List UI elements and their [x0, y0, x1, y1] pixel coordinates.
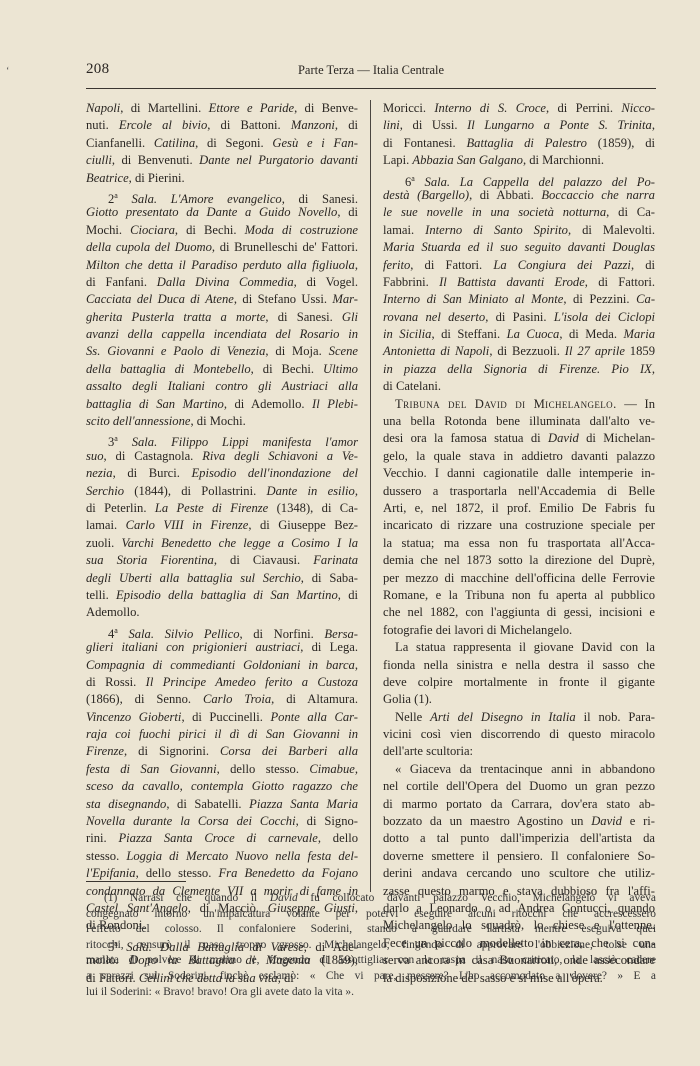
body-text: Cianfanelli. — [86, 136, 154, 150]
text-line: 3a Sala. Filippo Lippi manifesta l'amor — [86, 430, 358, 447]
text-line: in piazza della Signoria di Firenze. Pio… — [383, 361, 655, 378]
text-line: Ss. Giovanni e Paolo di Venezia, di Moja… — [86, 343, 358, 360]
text-line: di Rossi. Il Principe Amedeo ferito a Cu… — [86, 674, 358, 691]
italic-title-text: Vincenzo Gioberti — [86, 710, 181, 724]
body-text: , di Burci. — [113, 466, 192, 480]
text-line: Maria Stuarda ed il suo seguito davanti … — [383, 239, 655, 256]
text-line: Lapi. Abbazia San Galgano, di Marchionni… — [383, 152, 655, 169]
body-text: fotografie dei lavori di Michelangelo. — [383, 623, 572, 637]
body-text: di marmo portato da Carrara, dov'era sta… — [383, 797, 655, 811]
italic-title-text: Il Battista davanti Erode — [439, 275, 585, 289]
text-line: di Fanfani. Dalla Divina Commedia, di Vo… — [86, 274, 358, 291]
italic-title-text: Ca- — [636, 292, 655, 306]
text-line: Fabbrini. Il Battista davanti Erode, di … — [383, 274, 655, 291]
body-text: 1859 — [625, 344, 655, 358]
text-line: sceso da cavallo, contempla Giotto ragaz… — [86, 778, 358, 795]
text-line: Mochi. Ciociara, di Bechi. Moda di costr… — [86, 222, 358, 239]
italic-title-text: Boccaccio che narra — [541, 188, 655, 202]
body-text: doverne smettere il pensiero. Il confalo… — [383, 849, 655, 863]
text-line: Milton che detta il Paradiso perduto all… — [86, 257, 358, 274]
italic-title-text: raja coi fuochi pirici il dì di San Giov… — [86, 727, 358, 741]
text-line: le sue novelle in una società notturna, … — [383, 204, 655, 221]
italic-title-text: Arti del Disegno in Italia — [430, 710, 576, 724]
italic-title-text: Il Principe Amedeo ferito a Custoza — [146, 675, 358, 689]
text-line: sua Storia Fiorentina, di Ciavausi. Fari… — [86, 552, 358, 569]
body-text: desi ora la famosa statua di — [383, 431, 548, 445]
body-text: , — [652, 118, 655, 132]
body-text: , dello stesso. — [217, 762, 310, 776]
body-text: rini. — [86, 831, 118, 845]
italic-title-text: degli Uberti alla battaglia sul Serchio — [86, 571, 301, 585]
header-rule — [86, 88, 656, 89]
paragraph: Nelle Arti del Disegno in Italia il nob.… — [383, 709, 655, 761]
body-text: fionda nella sinistra e nella destra il … — [383, 658, 655, 672]
text-line: desi ora la famosa statua di David di Mi… — [383, 430, 655, 447]
italic-title-text: Episodio della battaglia di San Martino — [116, 588, 338, 602]
body-text: La statua rappresenta il giovane David c… — [395, 640, 655, 654]
body-text: , di Bechi. — [175, 223, 245, 237]
italic-title-text: Mar- — [332, 292, 358, 306]
text-line: festa di San Giovanni, dello stesso. Cim… — [86, 761, 358, 778]
italic-title-text: Milton che detta il Paradiso perduto all… — [86, 258, 355, 272]
italic-title-text: assalto degli Italiani contro gli Austri… — [86, 379, 358, 393]
footnote-rule — [86, 881, 186, 882]
italic-title-text: Corsa dei Barberi alla — [220, 744, 358, 758]
italic-title-text: sta disegnando — [86, 797, 166, 811]
italic-title-text: Piazza Santa Croce di carnevale — [118, 831, 317, 845]
body-text: congegnato intorno un'impalcatura volant… — [86, 908, 656, 920]
body-text: Moricci. — [383, 101, 434, 115]
italic-title-text: in Sicilia — [383, 327, 431, 341]
text-line: di Catelani. — [383, 378, 655, 395]
text-line: stesso. Loggia di Mercato Nuovo nella fe… — [86, 848, 358, 865]
text-line: demia che nel 1873 sotto la direzione de… — [383, 552, 655, 569]
text-line: Romane, e la Tribuna non fu aperta al pu… — [383, 587, 655, 604]
body-text: e ri- — [622, 814, 655, 828]
text-line: l'Epifania, dello stesso. Fra Benedetto … — [86, 865, 358, 882]
text-line: Vecchio. I danni cagionatile dalle intem… — [383, 465, 655, 482]
italic-title-text: Ettore e Paride — [209, 101, 294, 115]
body-text: l'effetto del colosso. Il confaloniere S… — [86, 923, 656, 935]
text-line: Giotto presentato da Dante a Guido Novel… — [86, 204, 358, 221]
body-text: zuoli. — [86, 536, 122, 550]
italic-title-text: Antonietta di Napoli — [383, 344, 489, 358]
body-text: , di Meda. — [559, 327, 623, 341]
body-text: Romane, e la Tribuna non fu aperta al pu… — [383, 588, 655, 602]
text-line: avanzi della cappella incendiata del Ros… — [86, 326, 358, 343]
text-line: che nel 1882, con l'aggiunta di gessi, i… — [383, 604, 655, 621]
italic-title-text: Il 27 aprile — [565, 344, 625, 358]
body-text: , di Sabatelli. — [166, 797, 249, 811]
text-line: destà (Bargello), di Abbati. Boccaccio c… — [383, 187, 655, 204]
body-text: , di Castagnola. — [104, 449, 203, 463]
italic-title-text: nezia — [86, 466, 113, 480]
body-text: , dello — [318, 831, 358, 845]
body-text: Arti, e, nel 1872, il prof. Emilio De Fa… — [383, 501, 655, 515]
paragraph: 2a Sala. L'Amore evangelico, di Sanesi.G… — [86, 187, 358, 430]
body-text: di Fanfani. — [86, 275, 157, 289]
body-text: , di Ussi. — [400, 118, 467, 132]
italic-title-text: Ciociara — [130, 223, 175, 237]
body-text: dussero a trasportarla nell'Accademia di… — [383, 484, 655, 498]
body-text: — In — [617, 397, 655, 411]
italic-title-text: Cacciata del Duca di Atene — [86, 292, 234, 306]
italic-title-text: della cupola del Duomo — [86, 240, 212, 254]
italic-title-text: Serchio — [86, 484, 124, 498]
text-line: gherita Pusterla tratta a morte, di Sane… — [86, 309, 358, 326]
text-line: assalto degli Italiani contro gli Austri… — [86, 378, 358, 395]
italic-title-text: Compagnia di commedianti Goldoniani in b… — [86, 658, 355, 672]
text-line: gelo, la quale stava in addietro davanti… — [383, 448, 655, 465]
body-text: dotto a tal punto dall'imperizia dell'ar… — [383, 831, 655, 845]
body-text: , di Marchionni. — [523, 153, 604, 167]
italic-title-text: Firenze — [86, 744, 124, 758]
body-text: , di Giuseppe Bez- — [248, 518, 358, 532]
body-text: Vecchio. I danni cagionatile dalle intem… — [383, 466, 655, 480]
body-text: , di Ciavausi. — [214, 553, 313, 567]
italic-title-text: gherita Pusterla tratta a morte — [86, 310, 265, 324]
text-line: dotto a tal punto dall'imperizia dell'ar… — [383, 830, 655, 847]
margin-mark: ʻ — [6, 66, 9, 77]
italic-title-text: Beatrice — [86, 171, 129, 185]
text-line: Moricci. Interno di S. Croce, di Perrini… — [383, 100, 655, 117]
body-text: « Giaceva da trentacinque anni in abband… — [395, 762, 655, 776]
italic-title-text: Maria — [624, 327, 655, 341]
body-text: una bella Rotonda bene illuminata dall'a… — [383, 414, 655, 428]
left-column: Napoli, di Martellini. Ettore e Paride, … — [86, 100, 358, 987]
italic-title-text: Episodio dell'inondazione del — [191, 466, 358, 480]
paragraph: 4a Sala. Silvio Pellico, di Norfini. Ber… — [86, 622, 358, 935]
text-line: Nelle Arti del Disegno in Italia il nob.… — [383, 709, 655, 726]
footnote-line: (1) Narrasi che quando il David fu collo… — [86, 891, 656, 907]
body-text: , — [652, 362, 655, 376]
body-text: lamai. — [86, 518, 126, 532]
text-line: Antonietta di Napoli, di Bezzuoli. Il 27… — [383, 343, 655, 360]
text-line: nuti. Ercole al bivio, di Battoni. Manzo… — [86, 117, 358, 134]
text-line: degli Uberti alla battaglia sul Serchio,… — [86, 570, 358, 587]
text-line: incaricato di rizzare una costruzione sp… — [383, 517, 655, 534]
footnote-line: ritocchi, censurò il naso troppo grosso.… — [86, 938, 656, 954]
body-text: , di Bechi. — [251, 362, 323, 376]
text-line: 6a Sala. La Cappella del palazzo del Po- — [383, 170, 655, 187]
text-line: di Peterlin. La Peste di Firenze (1348),… — [86, 500, 358, 517]
body-text: deve colpire mortalmente in fronte il gi… — [383, 675, 655, 689]
text-line: dussero a trasportarla nell'Accademia di… — [383, 483, 655, 500]
body-text: , di Steffani. — [431, 327, 506, 341]
italic-title-text: avanzi della cappella incendiata del Ros… — [86, 327, 358, 341]
text-line: glieri italiani con prigionieri austriac… — [86, 639, 358, 656]
text-line: lini, di Ussi. Il Lungarno a Ponte S. Tr… — [383, 117, 655, 134]
body-text: , di — [335, 118, 358, 132]
body-text: , di Brunelleschi de' Fattori. — [212, 240, 358, 254]
body-text: (1844), di Pollastrini. — [124, 484, 266, 498]
body-text: , di Abbati. — [469, 188, 541, 202]
body-text: , di Altamura. — [271, 692, 358, 706]
body-text: (1348), di Ca- — [268, 501, 358, 515]
body-text: , di Bezzuoli. — [489, 344, 564, 358]
text-line: Golia (1). — [383, 691, 655, 708]
text-line: in Sicilia, di Steffani. La Cuoca, di Me… — [383, 326, 655, 343]
body-text: lamai. — [383, 223, 425, 237]
italic-title-text: sua Storia Fiorentina — [86, 553, 214, 567]
italic-title-text: Gli — [342, 310, 358, 324]
paragraph: La statua rappresenta il giovane David c… — [383, 639, 655, 709]
body-text: , di — [337, 205, 358, 219]
italic-title-text: ciulli — [86, 153, 112, 167]
text-line: Serchio (1844), di Pollastrini. Dante in… — [86, 483, 358, 500]
italic-title-text: Napoli — [86, 101, 120, 115]
footnote-line: lui il Soderini: « Bravo! bravo! Ora gli… — [86, 985, 656, 1001]
body-text: ritocchi, censurò il naso troppo grosso.… — [86, 939, 656, 951]
body-text: , di Ca- — [606, 205, 655, 219]
body-text: , di Pasini. — [485, 310, 554, 324]
body-text: , di Signo- — [296, 814, 358, 828]
italic-title-text: Carlo Troia — [203, 692, 271, 706]
italic-title-text: Ultimo — [323, 362, 358, 376]
footnote-line: manata di polvere di marmo e, fingendo d… — [86, 953, 656, 969]
body-text: stesso. — [86, 849, 126, 863]
italic-title-text: La Peste di Firenze — [155, 501, 268, 515]
text-line: 4a Sala. Silvio Pellico, di Norfini. Ber… — [86, 622, 358, 639]
body-text: di Fontanesi. — [383, 136, 466, 150]
text-line: derini andava cercando uno scultore che … — [383, 865, 655, 882]
body-text: nel cortile dell'Opera del Duomo un gran… — [383, 779, 655, 793]
body-text: gelo, la quale stava in addietro davanti… — [383, 449, 655, 463]
body-text: per mezzo di macchine dell'officina dell… — [383, 571, 655, 585]
text-line: Napoli, di Martellini. Ettore e Paride, … — [86, 100, 358, 117]
body-text: lui il Soderini: « Bravo! bravo! Ora gli… — [86, 986, 354, 998]
italic-title-text: Ponte alla Car- — [270, 710, 358, 724]
body-text: nuti. — [86, 118, 119, 132]
text-line: Firenze, di Signorini. Corsa dei Barberi… — [86, 743, 358, 760]
body-text: , di Martellini. — [120, 101, 208, 115]
text-line: (1866), di Senno. Carlo Troia, di Altamu… — [86, 691, 358, 708]
body-text: , di Ademollo. — [224, 397, 312, 411]
body-text: , di Benvenuti. — [112, 153, 199, 167]
italic-title-text: David — [591, 814, 622, 828]
text-line: suo, di Castagnola. Riva degli Schiavoni… — [86, 448, 358, 465]
text-line: rini. Piazza Santa Croce di carnevale, d… — [86, 830, 358, 847]
footnote-line: l'effetto del colosso. Il confaloniere S… — [86, 922, 656, 938]
italic-title-text: Dante nel Purgatorio davanti — [199, 153, 358, 167]
body-text: , di Battoni. — [207, 118, 291, 132]
text-line: Vincenzo Gioberti, di Puccinelli. Ponte … — [86, 709, 358, 726]
text-line: lamai. Interno di Santo Spirito, di Male… — [383, 222, 655, 239]
text-line: battaglia di San Martino, di Ademollo. I… — [86, 396, 358, 413]
body-text: (1859), di — [587, 136, 655, 150]
paragraph: Moricci. Interno di S. Croce, di Perrini… — [383, 100, 655, 170]
italic-title-text: ferito — [383, 258, 410, 272]
italic-title-text: Battaglia di Palestro — [466, 136, 586, 150]
italic-title-text: Loggia di Mercato Nuovo nella festa del- — [126, 849, 358, 863]
body-text: , di — [631, 258, 655, 272]
body-text: , di Saba- — [301, 571, 358, 585]
body-text: a sprazzi sul Soderini, finchè esclamò: … — [86, 970, 656, 982]
text-line: di Fontanesi. Battaglia di Palestro (185… — [383, 135, 655, 152]
text-line: lamai. Carlo VIII in Firenze, di Giusepp… — [86, 517, 358, 534]
text-line: Beatrice, di Pierini. — [86, 170, 358, 187]
body-text: (1866), di Senno. — [86, 692, 203, 706]
italic-title-text: Gesù e i Fan- — [272, 136, 358, 150]
text-line: ciulli, di Benvenuti. Dante nel Purgator… — [86, 152, 358, 169]
italic-title-text: glieri italiani con prigionieri austriac… — [86, 640, 300, 654]
italic-title-text: Piazza Santa Maria — [249, 797, 358, 811]
body-text: bozzato da un maestro Agostino un — [383, 814, 591, 828]
text-line: Tribuna del David di Michelangelo. — In — [383, 396, 655, 413]
italic-title-text: La Congiura dei Pazzi — [493, 258, 631, 272]
text-line: raja coi fuochi pirici il dì di San Giov… — [86, 726, 358, 743]
text-line: dell'arte scultoria: — [383, 743, 655, 760]
body-text: , di Pezzini. — [563, 292, 636, 306]
body-text: Golia (1). — [383, 692, 432, 706]
italic-title-text: Dalla Divina Commedia — [157, 275, 294, 289]
italic-title-text: suo — [86, 449, 104, 463]
text-line: la statua; ma essa non fu trasportata al… — [383, 535, 655, 552]
text-line: « Giaceva da trentacinque anni in abband… — [383, 761, 655, 778]
italic-title-text: Moda di costruzione — [245, 223, 358, 237]
italic-title-text: Nicco- — [621, 101, 655, 115]
body-text: , di — [338, 588, 358, 602]
italic-title-text: sceso da cavallo, contempla Giotto ragaz… — [86, 779, 358, 793]
right-column: Moricci. Interno di S. Croce, di Perrini… — [383, 100, 655, 987]
text-line: Ademollo. — [86, 604, 358, 621]
body-text: , — [355, 658, 358, 672]
body-text: la statua; ma essa non fu trasportata al… — [383, 536, 655, 550]
italic-title-text: le sue novelle in una società notturna — [383, 205, 606, 219]
text-line: scito dell'annessione, di Mochi. — [86, 413, 358, 430]
body-text: , di Benve- — [294, 101, 358, 115]
italic-title-text: Cimabue, — [309, 762, 358, 776]
body-text: incaricato di rizzare una costruzione sp… — [383, 518, 655, 532]
body-text: , di Vogel. — [294, 275, 358, 289]
paragraph: Napoli, di Martellini. Ettore e Paride, … — [86, 100, 358, 187]
text-line: Interno di San Miniato al Monte, di Pezz… — [383, 291, 655, 308]
italic-title-text: Interno di S. Croce — [434, 101, 546, 115]
body-text: demia che nel 1873 sotto la direzione de… — [383, 553, 655, 567]
body-text: il nob. Para- — [576, 710, 655, 724]
italic-title-text: Novella durante la Corsa dei Cocchi — [86, 814, 296, 828]
column-divider — [370, 100, 371, 892]
italic-title-text: Giotto presentato da Dante a Guido Novel… — [86, 205, 337, 219]
italic-title-text: festa di San Giovanni — [86, 762, 217, 776]
body-text: , di Lega. — [300, 640, 358, 654]
text-line: nel cortile dell'Opera del Duomo un gran… — [383, 778, 655, 795]
italic-title-text: in piazza della Signoria di Firenze. Pio… — [383, 362, 652, 376]
italic-title-text: L'isola dei Ciclopi — [554, 310, 655, 324]
text-line: Cacciata del Duca di Atene, di Stefano U… — [86, 291, 358, 308]
italic-title-text: Catilina — [154, 136, 195, 150]
body-text: , di Mochi. — [190, 414, 245, 428]
text-line: Compagnia di commedianti Goldoniani in b… — [86, 657, 358, 674]
text-line: sta disegnando, di Sabatelli. Piazza San… — [86, 796, 358, 813]
italic-title-text: Interno di Santo Spirito — [425, 223, 568, 237]
body-text: telli. — [86, 588, 116, 602]
italic-title-text: Il Plebi- — [312, 397, 358, 411]
paragraph: 6a Sala. La Cappella del palazzo del Po-… — [383, 170, 655, 396]
italic-title-text: Farinata — [313, 553, 358, 567]
italic-title-text: rovana nel deserto — [383, 310, 485, 324]
body-text: , — [355, 484, 358, 498]
text-line: deve colpire mortalmente in fronte il gi… — [383, 674, 655, 691]
body-text: vicini così vien discorrendo di questo m… — [383, 727, 655, 741]
footnote-line: a sprazzi sul Soderini, finchè esclamò: … — [86, 969, 656, 985]
italic-title-text: Il Lungarno a Ponte S. Trinita — [467, 118, 652, 132]
body-text: (1) Narrasi che quando il — [104, 892, 270, 904]
text-line: rovana nel deserto, di Pasini. L'isola d… — [383, 309, 655, 326]
italic-title-text: scito dell'annessione — [86, 414, 190, 428]
text-line: fotografie dei lavori di Michelangelo. — [383, 622, 655, 639]
body-text: derini andava cercando uno scultore che … — [383, 866, 655, 880]
text-line: nezia, di Burci. Episodio dell'inondazio… — [86, 465, 358, 482]
footnote-line: congegnato intorno un'impalcatura volant… — [86, 907, 656, 923]
body-text: manata di polvere di marmo e, fingendo d… — [86, 954, 656, 966]
italic-title-text: Fra Benedetto da Fojano — [218, 866, 358, 880]
body-text: , di Pierini. — [129, 171, 185, 185]
text-line: 2a Sala. L'Amore evangelico, di Sanesi. — [86, 187, 358, 204]
body-text: di Peterlin. — [86, 501, 155, 515]
text-line: Arti, e, nel 1872, il prof. Emilio De Fa… — [383, 500, 655, 517]
italic-title-text: lini — [383, 118, 400, 132]
text-line: una bella Rotonda bene illuminata dall'a… — [383, 413, 655, 430]
italic-title-text: La Cuoca — [507, 327, 560, 341]
text-line: della battaglia di Montebello, di Bechi.… — [86, 361, 358, 378]
text-line: fionda nella sinistra e nella destra il … — [383, 657, 655, 674]
text-line: bozzato da un maestro Agostino un David … — [383, 813, 655, 830]
italic-title-text: Abbazia San Galgano — [412, 153, 523, 167]
paragraph: Tribuna del David di Michelangelo. — Inu… — [383, 396, 655, 639]
body-text: Mochi. — [86, 223, 130, 237]
italic-title-text: Scene — [329, 344, 358, 358]
body-text: di Rossi. — [86, 675, 146, 689]
body-text: , di Puccinelli. — [181, 710, 270, 724]
text-line: di marmo portato da Carrara, dov'era sta… — [383, 796, 655, 813]
italic-title-text: battaglia di San Martino — [86, 397, 224, 411]
italic-title-text: Dante in esilio — [266, 484, 354, 498]
italic-title-text: destà (Bargello) — [383, 188, 469, 202]
text-line: telli. Episodio della battaglia di San M… — [86, 587, 358, 604]
body-text: , di Fattori. — [585, 275, 655, 289]
body-text: Nelle — [395, 710, 430, 724]
italic-title-text: Riva degli Schiavoni a Ve- — [202, 449, 358, 463]
body-text: , di Signorini. — [124, 744, 220, 758]
body-text: , di Segoni. — [195, 136, 272, 150]
body-text: , dello stesso. — [136, 866, 219, 880]
italic-title-text: Ss. Giovanni e Paolo di Venezia — [86, 344, 265, 358]
body-text: Ademollo. — [86, 605, 140, 619]
text-line: vicini così vien discorrendo di questo m… — [383, 726, 655, 743]
italic-title-text: Maria Stuarda ed il suo seguito davanti … — [383, 240, 655, 254]
italic-title-text: Ercole al bivio — [119, 118, 207, 132]
text-line: zuoli. Varchi Benedetto che legge a Cosi… — [86, 535, 358, 552]
text-line: ferito, di Fattori. La Congiura dei Pazz… — [383, 257, 655, 274]
text-line: Novella durante la Corsa dei Cocchi, di … — [86, 813, 358, 830]
body-text: Lapi. — [383, 153, 412, 167]
text-line: della cupola del Duomo, di Brunelleschi … — [86, 239, 358, 256]
body-text: , — [355, 258, 358, 272]
paragraph: 3a Sala. Filippo Lippi manifesta l'amors… — [86, 430, 358, 621]
body-text: Fabbrini. — [383, 275, 439, 289]
body-text: , di Fattori. — [410, 258, 493, 272]
body-text: , di Perrini. — [546, 101, 621, 115]
italic-title-text: della battaglia di Montebello — [86, 362, 251, 376]
text-line: La statua rappresenta il giovane David c… — [383, 639, 655, 656]
italic-title-text: Carlo VIII in Firenze — [126, 518, 249, 532]
body-text: di Michelan- — [579, 431, 655, 445]
text-line: doverne smettere il pensiero. Il confalo… — [383, 848, 655, 865]
body-text: , di Moja. — [265, 344, 328, 358]
body-text: fu collocato davanti palazzo Vecchio, Mi… — [298, 892, 656, 904]
italic-title-text: David — [548, 431, 579, 445]
